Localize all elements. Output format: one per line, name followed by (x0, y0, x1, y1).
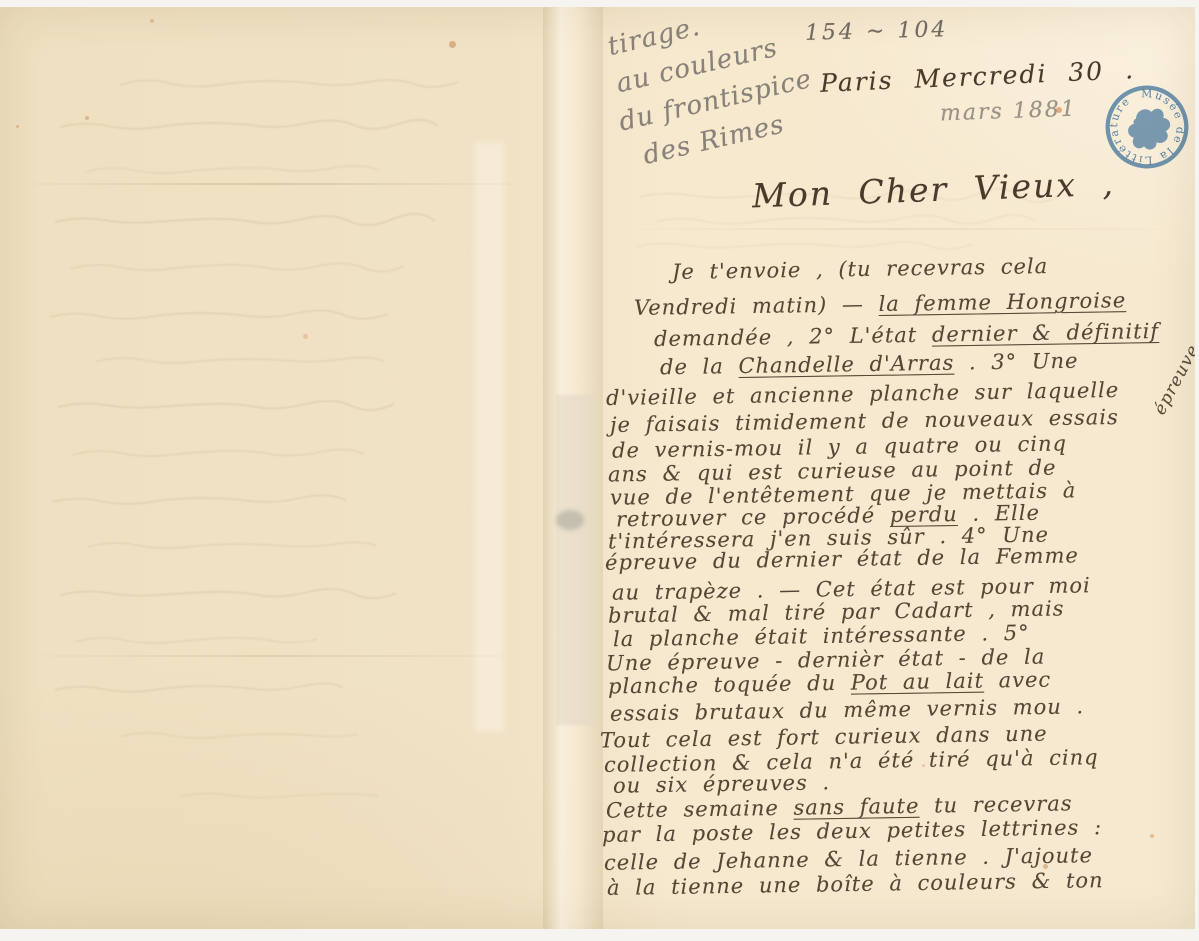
body-line: demandée , 2° L'état dernier & définitif (654, 319, 1159, 351)
foxing-spot (1150, 834, 1154, 838)
date-secondary: mars 1881 (940, 97, 1078, 127)
body-line: essais brutaux du même vernis mou . (610, 694, 1084, 725)
body-line-text: . 3° Une (954, 349, 1079, 375)
body-line-underlined: Chandelle d'Arras (738, 351, 954, 378)
body-line-text: demandée , 2° L'état (654, 323, 932, 351)
scan-edge (0, 929, 1199, 941)
pencil-annotation: tirage. au couleurs du frontispice des R… (604, 0, 824, 177)
body-line-underlined: la femme Hongroise (878, 288, 1126, 316)
body-line: ou six épreuves . (613, 770, 830, 797)
foxing-spot (303, 334, 308, 339)
fold-stain (556, 510, 584, 530)
body-line-text: avec (984, 668, 1052, 693)
crease-line (600, 228, 1195, 230)
scan-edge (0, 0, 1199, 7)
aged-strip (474, 142, 504, 732)
body-line-underlined: sans faute (793, 794, 919, 820)
margin-annotation: épreuve (1150, 341, 1199, 418)
body-line: Vendredi matin) — la femme Hongroise (634, 288, 1126, 320)
foxing-spot (16, 125, 19, 128)
dateline: Paris Mercredi 30 . (820, 55, 1136, 98)
crease-line (0, 183, 545, 185)
archival-number: 154 ~ 104 (805, 17, 949, 46)
body-line-text: de la (660, 354, 739, 379)
foxing-spot (150, 19, 154, 23)
foxing-spot (85, 116, 89, 120)
body-line-text: tu recevras (919, 791, 1073, 817)
body-line-text: ou six épreuves . (613, 770, 830, 797)
body-line-underlined: dernier & définitif (932, 319, 1160, 347)
letter-paper: 154 ~ 104 tirage. au couleurs du frontis… (0, 7, 1195, 929)
crease-line (0, 655, 545, 657)
fold-tape (556, 395, 594, 725)
body-line-text: essais brutaux du même vernis mou . (610, 694, 1084, 725)
body-line-text: Je t'envoie , (tu recevras cela (672, 254, 1048, 284)
scan-edge (1195, 0, 1199, 941)
foxing-spot (449, 41, 456, 48)
body-line-text: Cette semaine (606, 796, 794, 823)
body-line-text: planche toquée du (608, 671, 851, 699)
body-line: de la Chandelle d'Arras . 3° Une (660, 349, 1079, 380)
body-line-underlined: Pot au lait (851, 669, 985, 695)
body-line: Je t'envoie , (tu recevras cela (672, 254, 1048, 284)
salutation: Mon Cher Vieux , (751, 164, 1115, 216)
body-line-text: Vendredi matin) — (634, 292, 879, 320)
letter-scan: 154 ~ 104 tirage. au couleurs du frontis… (0, 0, 1199, 941)
